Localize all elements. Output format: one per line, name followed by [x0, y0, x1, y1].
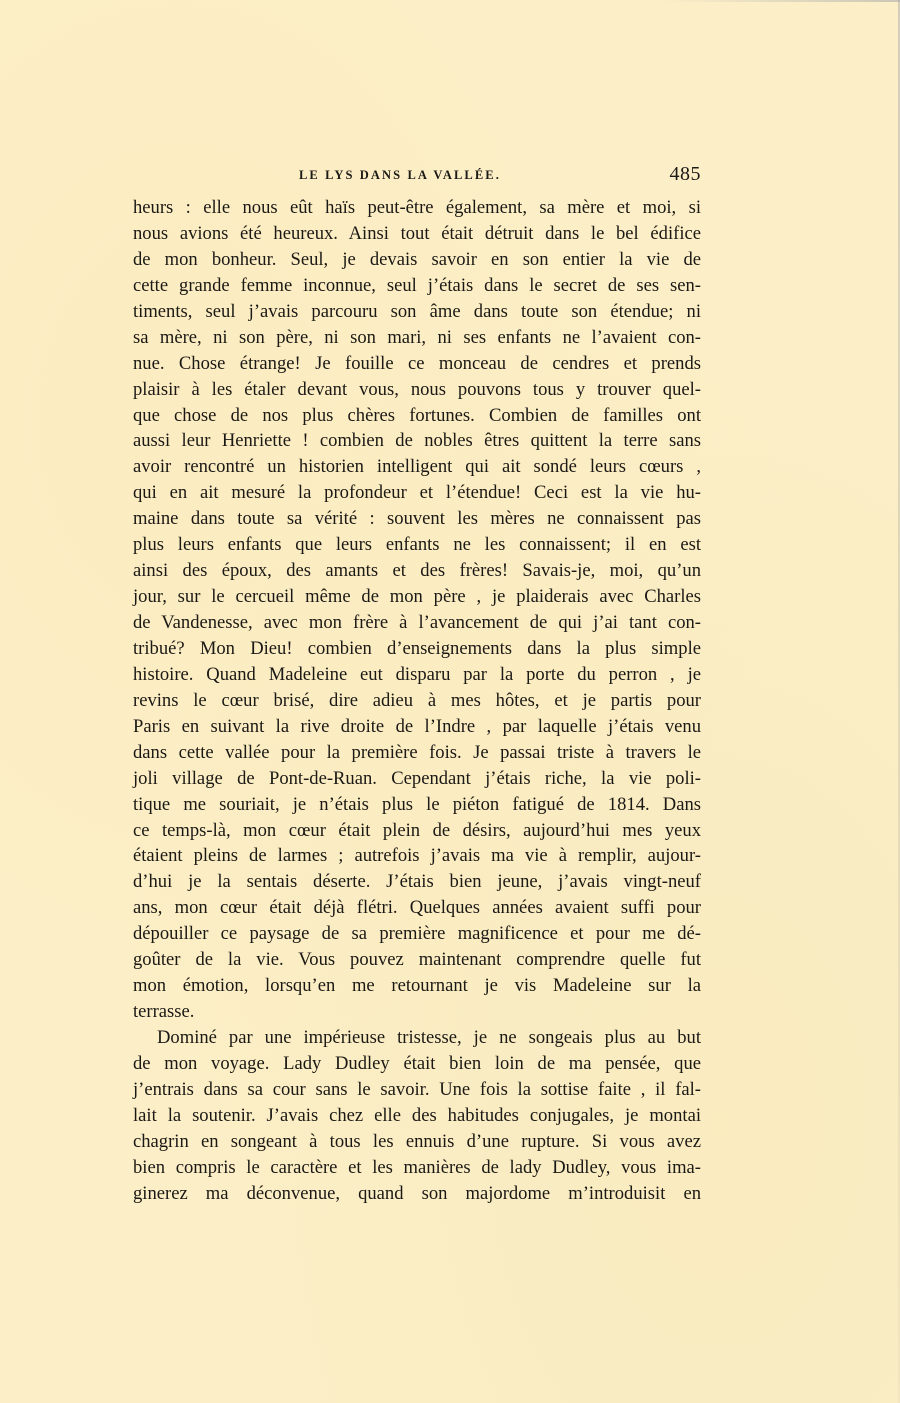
text-line: mon émotion, lorsqu’en me retournant je … — [133, 973, 701, 999]
text-line: de Vandenesse, avec mon frère à l’avance… — [133, 610, 701, 636]
text-line: Paris en suivant la rive droite de l’Ind… — [133, 714, 701, 740]
text-line: joli village de Pont-de-Ruan. Cependant … — [133, 766, 701, 792]
text-line: nous avions été heureux. Ainsi tout étai… — [133, 221, 701, 247]
text-line: timents, seul j’avais parcouru son âme d… — [133, 299, 701, 325]
text-line: sa mère, ni son père, ni son mari, ni se… — [133, 325, 701, 351]
text-line: dans cette vallée pour la première fois.… — [133, 740, 701, 766]
text-line: aussi leur Henriette ! combien de nobles… — [133, 428, 701, 454]
text-line: heurs : elle nous eût haïs peut-être éga… — [133, 195, 701, 221]
text-line: ce temps-là, mon cœur était plein de dés… — [133, 818, 701, 844]
paragraph: heurs : elle nous eût haïs peut-être éga… — [133, 195, 701, 1025]
text-line: étaient pleins de larmes ; autrefois j’a… — [133, 843, 701, 869]
text-line: avoir rencontré un historien intelligent… — [133, 454, 701, 480]
text-line: d’hui je la sentais déserte. J’étais bie… — [133, 869, 701, 895]
text-line: bien compris le caractère et les manière… — [133, 1155, 701, 1181]
body-text: heurs : elle nous eût haïs peut-être éga… — [133, 195, 701, 1207]
page-edge-top — [660, 0, 900, 2]
running-header: LE LYS DANS LA VALLÉE. 485 — [133, 163, 701, 193]
paragraph: Dominé par une impérieuse tristesse, je … — [133, 1025, 701, 1207]
text-line: histoire. Quand Madeleine eut disparu pa… — [133, 662, 701, 688]
text-line: tique me souriait, je n’étais plus le pi… — [133, 792, 701, 818]
text-line: tribué? Mon Dieu! combien d’enseignement… — [133, 636, 701, 662]
running-title: LE LYS DANS LA VALLÉE. — [299, 168, 501, 183]
text-line: Dominé par une impérieuse tristesse, je … — [133, 1025, 701, 1051]
text-line: ainsi des époux, des amants et des frère… — [133, 558, 701, 584]
text-line: jour, sur le cercueil même de mon père ,… — [133, 584, 701, 610]
text-line: dépouiller ce paysage de sa première mag… — [133, 921, 701, 947]
text-line: qui en ait mesuré la profondeur et l’éte… — [133, 480, 701, 506]
text-line: maine dans toute sa vérité : souvent les… — [133, 506, 701, 532]
text-line: terrasse. — [133, 999, 701, 1025]
text-line: plus leurs enfants que leurs enfants ne … — [133, 532, 701, 558]
text-line: plaisir à les étaler devant vous, nous p… — [133, 377, 701, 403]
text-line: goûter de la vie. Vous pouvez maintenant… — [133, 947, 701, 973]
text-line: revins le cœur brisé, dire adieu à mes h… — [133, 688, 701, 714]
text-line: j’entrais dans sa cour sans le savoir. U… — [133, 1077, 701, 1103]
page-number: 485 — [670, 163, 702, 186]
text-line: chagrin en songeant à tous les ennuis d’… — [133, 1129, 701, 1155]
text-line: de mon voyage. Lady Dudley était bien lo… — [133, 1051, 701, 1077]
text-line: ginerez ma déconvenue, quand son majordo… — [133, 1181, 701, 1207]
book-page: LE LYS DANS LA VALLÉE. 485 heurs : elle … — [0, 0, 900, 1403]
text-line: lait la soutenir. J’avais chez elle des … — [133, 1103, 701, 1129]
text-line: cette grande femme inconnue, seul j’étai… — [133, 273, 701, 299]
text-line: ans, mon cœur était déjà flétri. Quelque… — [133, 895, 701, 921]
text-line: nue. Chose étrange! Je fouille ce moncea… — [133, 351, 701, 377]
text-line: que chose de nos plus chères fortunes. C… — [133, 403, 701, 429]
text-line: de mon bonheur. Seul, je devais savoir e… — [133, 247, 701, 273]
